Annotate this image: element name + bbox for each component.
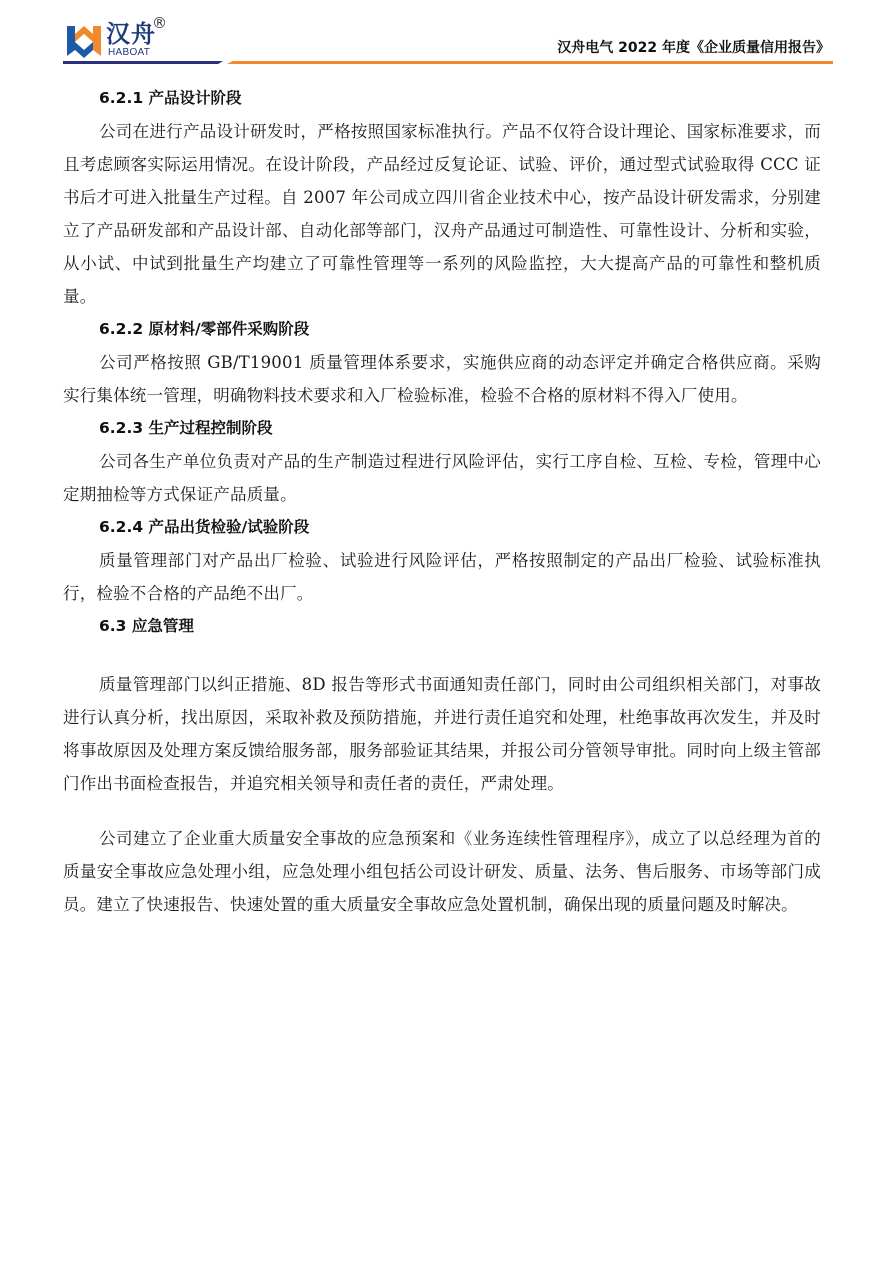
spacer <box>63 643 821 668</box>
section-heading-6-3: 6.3 应急管理 <box>63 610 821 643</box>
registered-mark: ® <box>152 14 167 32</box>
section-paragraph: 质量管理部门对产品出厂检验、试验进行风险评估，严格按照制定的产品出厂检验、试验标… <box>63 544 821 610</box>
section-heading-6-2-1: 6.2.1 产品设计阶段 <box>63 82 821 115</box>
section-paragraph: 公司建立了企业重大质量安全事故的应急预案和《业务连续性管理程序》，成立了以总经理… <box>63 822 821 921</box>
section-paragraph: 公司在进行产品设计研发时，严格按照国家标准执行。产品不仅符合设计理论、国家标准要… <box>63 115 821 313</box>
section-paragraph: 公司严格按照 GB/T19001 质量管理体系要求，实施供应商的动态评定并确定合… <box>63 346 821 412</box>
section-heading-6-2-2: 6.2.2 原材料/零部件采购阶段 <box>63 313 821 346</box>
section-heading-6-2-3: 6.2.3 生产过程控制阶段 <box>63 412 821 445</box>
spacer <box>63 800 821 822</box>
section-heading-6-2-4: 6.2.4 产品出货检验/试验阶段 <box>63 511 821 544</box>
document-title: 汉舟电气 2022 年度《企业质量信用报告》 <box>557 37 830 57</box>
page-header: 汉舟 ® HABOAT 汉舟电气 2022 年度《企业质量信用报告》 <box>0 0 892 70</box>
haboat-logo-icon <box>67 24 101 58</box>
header-divider-blue <box>63 61 223 64</box>
brand-name-en: HABOAT <box>108 47 150 58</box>
header-divider-orange <box>227 61 833 64</box>
section-paragraph: 质量管理部门以纠正措施、8D 报告等形式书面通知责任部门，同时由公司组织相关部门… <box>63 668 821 800</box>
section-paragraph: 公司各生产单位负责对产品的生产制造过程进行风险评估，实行工序自检、互检、专检，管… <box>63 445 821 511</box>
document-body: 6.2.1 产品设计阶段 公司在进行产品设计研发时，严格按照国家标准执行。产品不… <box>63 82 821 921</box>
brand-name-cn: 汉舟 <box>106 21 156 47</box>
